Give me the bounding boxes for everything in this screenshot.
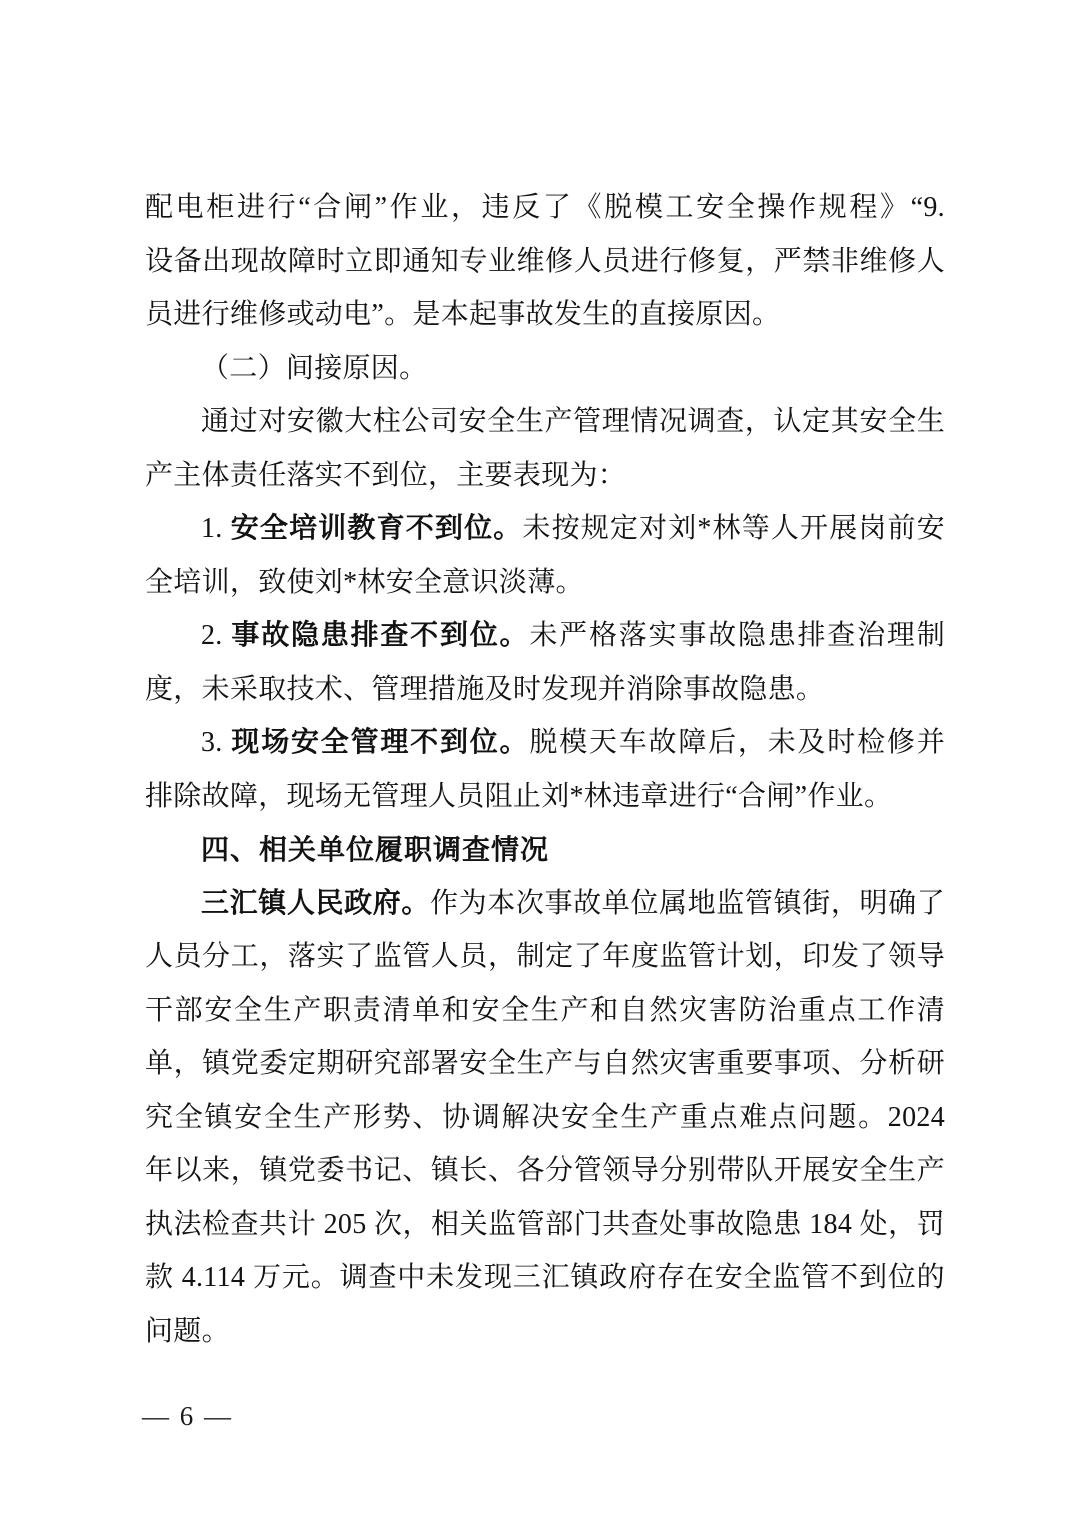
line-text: （二）间接原因。 (201, 353, 427, 384)
line-bold-lead: 现场安全管理不到位。 (231, 727, 529, 758)
document-line: 员进行维修或动电”。是本起事故发生的直接原因。 (145, 288, 945, 342)
list-number: 1. (201, 513, 231, 544)
document-line: 3. 现场安全管理不到位。脱模天车故障后，未及时检修并 (145, 716, 945, 770)
line-text: 全培训，致使刘*林安全意识淡薄。 (145, 567, 584, 598)
document-line: 三汇镇人民政府。作为本次事故单位属地监管镇街，明确了 (145, 877, 945, 931)
line-bold-lead: 三汇镇人民政府。 (201, 888, 430, 919)
list-number: 2. (201, 620, 231, 651)
page-number: — 6 — (142, 1396, 233, 1436)
document-line: 2. 事故隐患排查不到位。未严格落实事故隐患排查治理制 (145, 609, 945, 663)
document-line: 执法检查共计 205 次，相关监管部门共查处事故隐患 184 处，罚 (145, 1198, 945, 1252)
line-bold-lead: 安全培训教育不到位。 (231, 513, 523, 544)
line-text: 设备出现故障时立即通知专业维修人员进行修复，严禁非维修人 (145, 246, 945, 277)
document-line: 度，未采取技术、管理措施及时发现并消除事故隐患。 (145, 663, 945, 717)
line-text: 通过对安徽大柱公司安全生产管理情况调查，认定其安全生 (201, 406, 945, 437)
line-text: 配电柜进行“合闸”作业，违反了《脱模工安全操作规程》“9. (145, 192, 945, 223)
document-line: 排除故障，现场无管理人员阻止刘*林违章进行“合闸”作业。 (145, 770, 945, 824)
line-text: 作为本次事故单位属地监管镇街，明确了 (430, 888, 945, 919)
document-line: 1. 安全培训教育不到位。未按规定对刘*林等人开展岗前安 (145, 502, 945, 556)
document-line: 干部安全生产职责清单和安全生产和自然灾害防治重点工作清 (145, 984, 945, 1038)
document-line: 问题。 (145, 1305, 945, 1359)
line-text: 究全镇安全生产形势、协调解决安全生产重点难点问题。2024 (145, 1102, 945, 1133)
line-text: 款 4.114 万元。调查中未发现三汇镇政府存在安全监管不到位的 (145, 1262, 945, 1293)
document-line: 单，镇党委定期研究部署安全生产与自然灾害重要事项、分析研 (145, 1037, 945, 1091)
line-text: 未严格落实事故隐患排查治理制 (529, 620, 945, 651)
heading-text: 四、相关单位履职调查情况 (201, 834, 549, 865)
line-text: 度，未采取技术、管理措施及时发现并消除事故隐患。 (145, 674, 824, 705)
line-text: 产主体责任落实不到位，主要表现为： (145, 460, 626, 491)
line-text: 人员分工，落实了监管人员，制定了年度监管计划，印发了领导 (145, 941, 945, 972)
line-text: 员进行维修或动电”。是本起事故发生的直接原因。 (145, 299, 780, 330)
document-line: 设备出现故障时立即通知专业维修人员进行修复，严禁非维修人 (145, 235, 945, 289)
document-line: 通过对安徽大柱公司安全生产管理情况调查，认定其安全生 (145, 395, 945, 449)
line-text: 排除故障，现场无管理人员阻止刘*林违章进行“合闸”作业。 (145, 781, 892, 812)
document-line: 人员分工，落实了监管人员，制定了年度监管计划，印发了领导 (145, 930, 945, 984)
document-line: 配电柜进行“合闸”作业，违反了《脱模工安全操作规程》“9. (145, 181, 945, 235)
line-text: 问题。 (145, 1316, 230, 1347)
document-line: （二）间接原因。 (145, 342, 945, 396)
line-text: 年以来，镇党委书记、镇长、各分管领导分别带队开展安全生产 (145, 1155, 945, 1186)
document-line: 款 4.114 万元。调查中未发现三汇镇政府存在安全监管不到位的 (145, 1251, 945, 1305)
line-text: 未按规定对刘*林等人开展岗前安 (522, 513, 945, 544)
line-bold-lead: 事故隐患排查不到位。 (231, 620, 529, 651)
document-page: 配电柜进行“合闸”作业，违反了《脱模工安全操作规程》“9. 设备出现故障时立即通… (0, 0, 1074, 1520)
list-number: 3. (201, 727, 231, 758)
document-body: 配电柜进行“合闸”作业，违反了《脱模工安全操作规程》“9. 设备出现故障时立即通… (145, 181, 945, 1358)
line-text: 干部安全生产职责清单和安全生产和自然灾害防治重点工作清 (145, 995, 945, 1026)
section-heading: 四、相关单位履职调查情况 (145, 823, 945, 877)
document-line: 年以来，镇党委书记、镇长、各分管领导分别带队开展安全生产 (145, 1144, 945, 1198)
document-line: 究全镇安全生产形势、协调解决安全生产重点难点问题。2024 (145, 1091, 945, 1145)
document-line: 全培训，致使刘*林安全意识淡薄。 (145, 556, 945, 610)
line-text: 单，镇党委定期研究部署安全生产与自然灾害重要事项、分析研 (145, 1048, 945, 1079)
line-text: 脱模天车故障后，未及时检修并 (529, 727, 945, 758)
line-text: 执法检查共计 205 次，相关监管部门共查处事故隐患 184 处，罚 (145, 1209, 945, 1240)
document-line: 产主体责任落实不到位，主要表现为： (145, 449, 945, 503)
